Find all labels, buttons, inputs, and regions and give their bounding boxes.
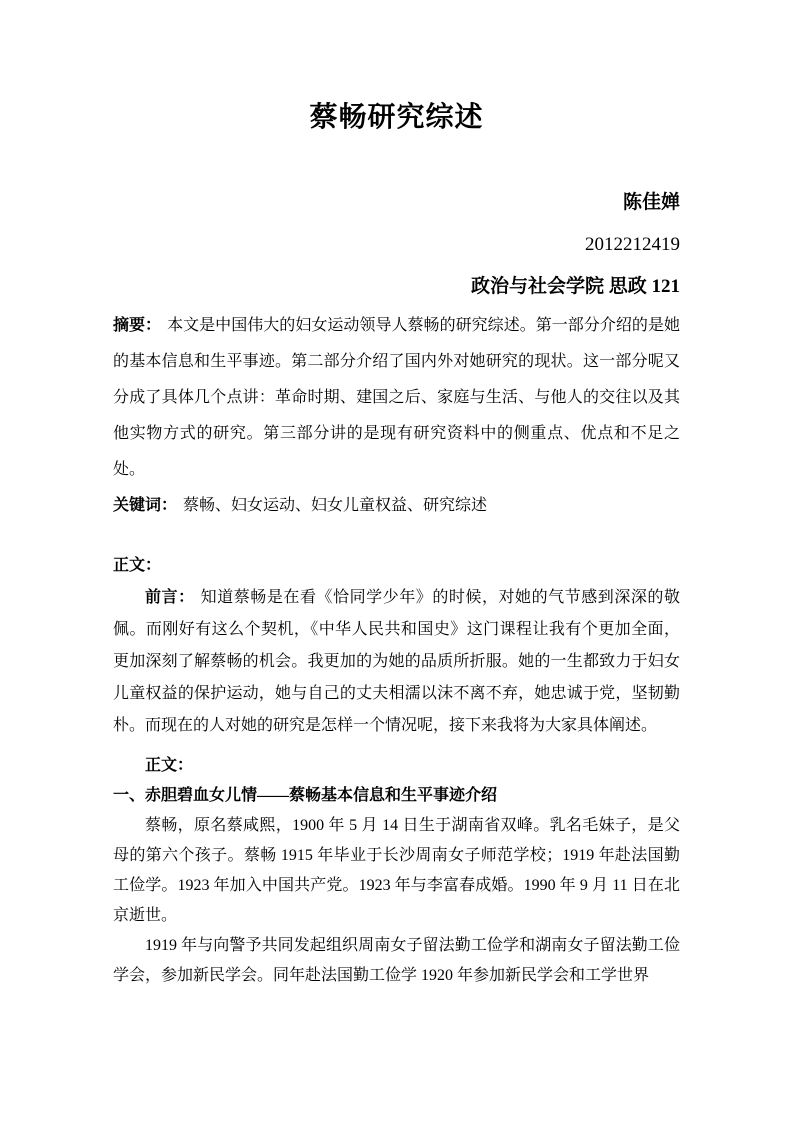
document-page: 蔡畅研究综述 陈佳婵 2012212419 政治与社会学院 思政 121 摘要：… (0, 0, 794, 1123)
keywords-line: 关键词：蔡畅、妇女运动、妇女儿童权益、研究综述 (113, 488, 680, 524)
abstract-label: 摘要： (113, 317, 161, 334)
section-1-paragraph-1: 蔡畅，原名蔡咸熙，1900 年 5 月 14 日生于湖南省双峰。乳名毛妹子，是父… (113, 811, 680, 931)
abstract-paragraph: 摘要：本文是中国伟大的妇女运动领导人蔡畅的研究综述。第一部分介绍的是她的基本信息… (113, 308, 680, 488)
keywords-label: 关键词： (113, 497, 177, 514)
author-affiliation: 政治与社会学院 思政 121 (113, 266, 680, 308)
author-name: 陈佳婵 (113, 182, 680, 224)
section-1-paragraph-2: 1919 年与向警予共同发起组织周南女子留法勤工俭学和湖南女子留法勤工俭学会，参… (113, 931, 680, 991)
preface-label: 前言： (145, 589, 195, 606)
author-block: 陈佳婵 2012212419 政治与社会学院 思政 121 (113, 182, 680, 308)
document-content: 蔡畅研究综述 陈佳婵 2012212419 政治与社会学院 思政 121 摘要：… (113, 101, 680, 991)
section-1-heading: 一、赤胆碧血女儿情——蔡畅基本信息和生平事迹介绍 (113, 781, 680, 811)
preface-paragraph: 前言：知道蔡畅是在看《恰同学少年》的时候，对她的气节感到深深的敬佩。而刚好有这么… (113, 582, 680, 742)
main-text-label-1: 正文： (113, 550, 680, 582)
preface-text: 知道蔡畅是在看《恰同学少年》的时候，对她的气节感到深深的敬佩。而刚好有这么个契机… (113, 589, 680, 734)
main-text-label-2: 正文： (113, 751, 680, 781)
keywords-text: 蔡畅、妇女运动、妇女儿童权益、研究综述 (183, 497, 487, 514)
document-title: 蔡畅研究综述 (113, 101, 680, 135)
student-id: 2012212419 (113, 224, 680, 266)
abstract-text: 本文是中国伟大的妇女运动领导人蔡畅的研究综述。第一部分介绍的是她的基本信息和生平… (113, 317, 680, 478)
